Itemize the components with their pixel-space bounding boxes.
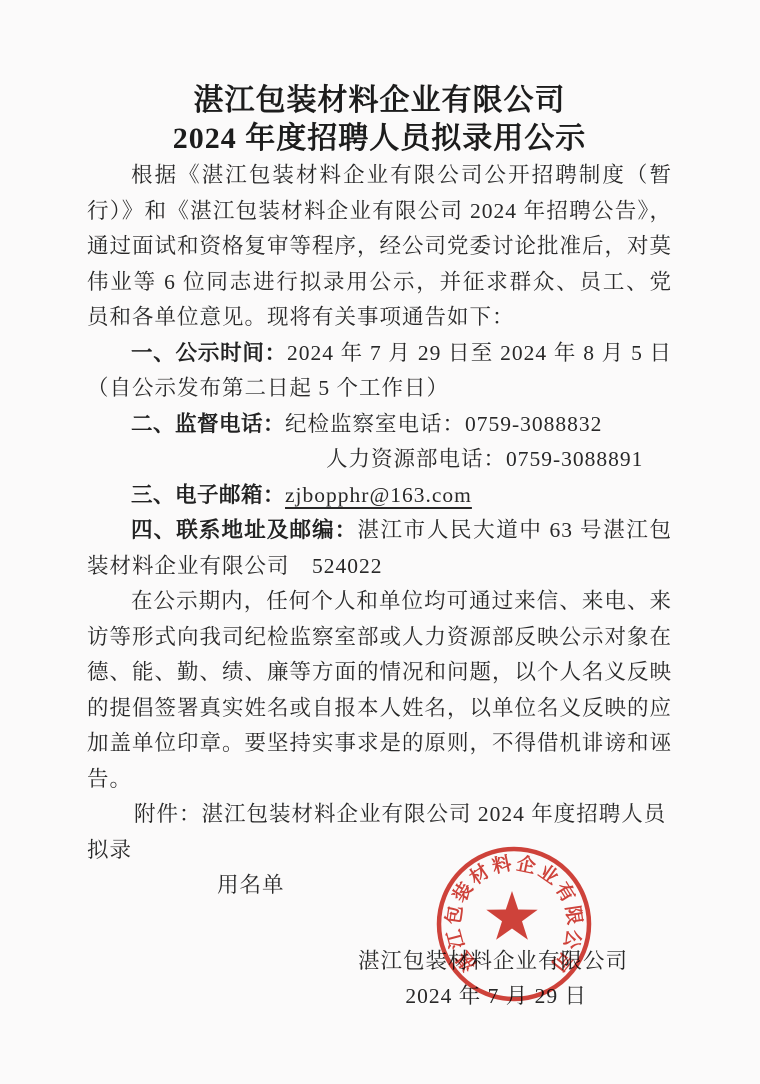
attachment-label: 附件： (134, 802, 202, 826)
item-2-label: 二、监督电话： (131, 412, 285, 436)
item-supervision-phones: 二、监督电话：纪检监察室电话：0759-3088832人力资源部电话：0759-… (87, 407, 672, 478)
document-title: 湛江包装材料企业有限公司 2024 年度招聘人员拟录用公示 (87, 82, 672, 158)
attachment-note: 附件：湛江包装材料企业有限公司 2024 年度招聘人员拟录用名单 (87, 797, 672, 904)
item-2-phone-2: 人力资源部电话：0759-3088891 (282, 442, 643, 478)
item-contact-address: 四、联系地址及邮编：湛江市人民大道中 63 号湛江包装材料企业有限公司 5240… (87, 513, 672, 584)
item-email: 三、电子邮箱：zjbopphr@163.com (87, 478, 672, 514)
document-page: 湛江包装材料企业有限公司 2024 年度招聘人员拟录用公示 根据《湛江包装材料企… (0, 0, 760, 1084)
attachment-line-2: 用名单 (170, 868, 285, 904)
title-line-2: 2024 年度招聘人员拟录用公示 (87, 120, 672, 158)
intro-paragraph: 根据《湛江包装材料企业有限公司公开招聘制度（暂行）》和《湛江包装材料企业有限公司… (87, 158, 672, 336)
item-1-label: 一、公示时间： (131, 341, 287, 365)
title-line-1: 湛江包装材料企业有限公司 (87, 82, 672, 120)
document-content: 湛江包装材料企业有限公司 2024 年度招聘人员拟录用公示 根据《湛江包装材料企… (87, 82, 672, 1015)
closing-paragraph: 在公示期内，任何个人和单位均可通过来信、来电、来访等形式向我司纪检监察室部或人力… (87, 584, 672, 797)
item-publicity-period: 一、公示时间：2024 年 7 月 29 日至 2024 年 8 月 5 日（自… (87, 336, 672, 407)
signature-company: 湛江包装材料企业有限公司 (87, 944, 628, 980)
item-4-label: 四、联系地址及邮编： (131, 518, 357, 542)
email-address: zjbopphr@163.com (285, 483, 472, 507)
item-2-phone-1: 纪检监察室电话：0759-3088832 (285, 412, 602, 436)
item-3-label: 三、电子邮箱： (131, 483, 285, 507)
signature-date: 2024 年 7 月 29 日 (87, 979, 587, 1015)
